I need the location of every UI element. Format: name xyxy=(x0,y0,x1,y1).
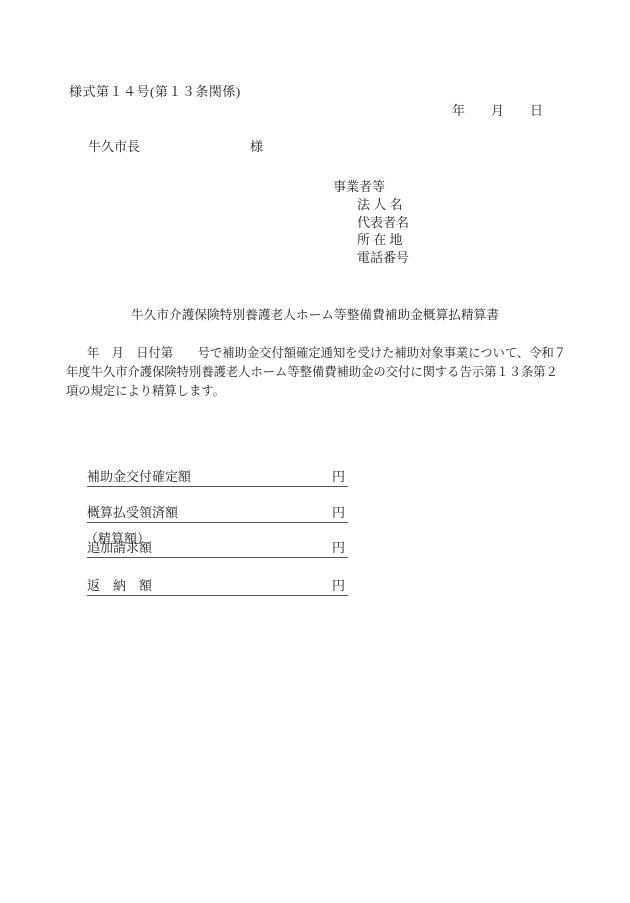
body-text-line-3: 項の規定により精算します。 xyxy=(66,381,571,399)
amount-label: 概算払受領済額 xyxy=(87,502,178,521)
addressee-line: 牛久市長 様 xyxy=(88,136,388,155)
amount-row-refund: 返 納 額 円 xyxy=(87,576,348,596)
amount-label: 追加請求額 xyxy=(87,537,152,556)
applicant-field-phone-number: 電話番号 xyxy=(357,247,409,266)
amount-label: 返 納 額 xyxy=(87,575,152,594)
amount-unit: 円 xyxy=(332,466,345,485)
document-page: 様式第１４号(第１３条関係) 年 月 日 牛久市長 様 事業者等 法 人 名 代… xyxy=(0,0,630,903)
form-number: 様式第１４号(第１３条関係) xyxy=(69,81,241,100)
amount-row-provisional-received: 概算払受領済額 円 xyxy=(87,503,348,523)
document-title: 牛久市介護保険特別養護老人ホーム等整備費補助金概算払精算書 xyxy=(0,304,630,323)
amount-unit: 円 xyxy=(332,537,345,556)
body-text-line-2: 年度牛久市介護保険特別養護老人ホーム等整備費補助金の交付に関する告示第１３条第２ xyxy=(66,362,571,380)
applicant-heading: 事業者等 xyxy=(333,176,385,195)
amount-unit: 円 xyxy=(332,575,345,594)
amount-unit: 円 xyxy=(332,502,345,521)
amount-row-confirmed-grant: 補助金交付確定額 円 xyxy=(87,467,348,487)
body-text-line-1: 年 月 日付第 号で補助金交付額確定通知を受けた補助対象事業について、令和７ xyxy=(66,343,571,361)
date-line: 年 月 日 xyxy=(452,100,543,119)
amount-label: 補助金交付確定額 xyxy=(87,466,191,485)
addressee-honorific: 様 xyxy=(250,136,263,155)
addressee-name: 牛久市長 xyxy=(88,139,140,154)
applicant-field-corporate-name: 法 人 名 xyxy=(357,194,403,213)
amount-row-additional-claim: 追加請求額 円 xyxy=(87,538,348,558)
applicant-field-address: 所 在 地 xyxy=(357,229,403,248)
